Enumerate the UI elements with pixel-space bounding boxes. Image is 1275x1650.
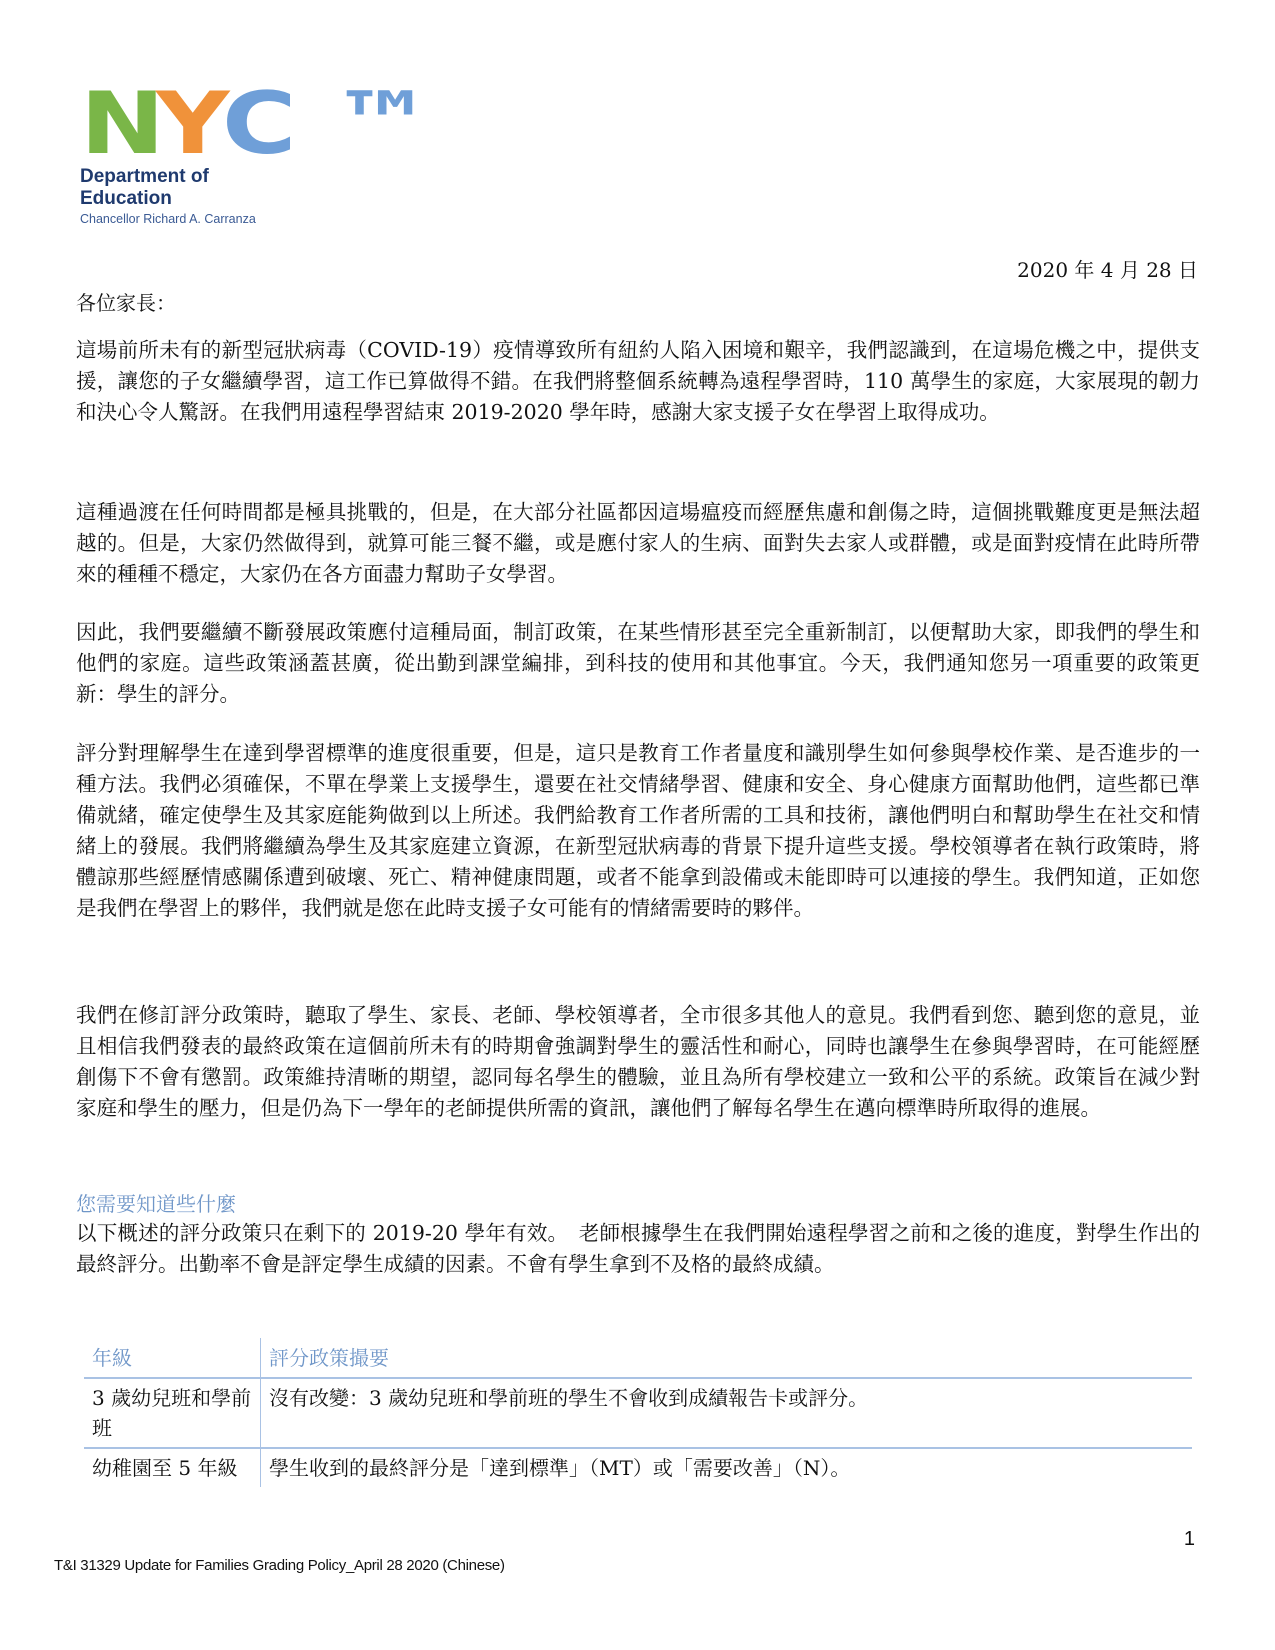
section-heading: 您需要知道些什麼: [76, 1188, 236, 1217]
grading-policy-table: 年級 評分政策撮要 3 歲幼兒班和學前班 沒有改變：3 歲幼兒班和學前班的學生不…: [84, 1338, 1192, 1487]
header-summary: 評分政策撮要: [261, 1338, 1193, 1378]
salutation: 各位家長：: [76, 287, 176, 316]
body-paragraph: 這種過渡在任何時間都是極具挑戰的，但是，在大部分社區都因這場瘟疫而經歷焦慮和創傷…: [76, 497, 1200, 590]
summary-cell: 學生收到的最終評分是「達到標準」（MT）或「需要改善」（N）。: [261, 1448, 1193, 1487]
nyc-doe-logo: N Y C ™ Department of Education Chancell…: [80, 88, 280, 226]
body-paragraph: 這場前所未有的新型冠狀病毒（COVID-19）疫情導致所有紐約人陷入困境和艱辛，…: [76, 335, 1200, 428]
document-footer: T&I 31329 Update for Families Grading Po…: [54, 1557, 505, 1574]
table-row: 幼稚園至 5 年級 學生收到的最終評分是「達到標準」（MT）或「需要改善」（N）…: [84, 1448, 1192, 1487]
logo-letter-n: N: [80, 88, 160, 160]
body-paragraph: 因此，我們要繼續不斷發展政策應付這種局面，制訂政策，在某些情形甚至完全重新制訂，…: [76, 617, 1200, 710]
logo-letter-c: C: [222, 88, 292, 160]
page-number: 1: [1184, 1528, 1195, 1551]
table-header-row: 年級 評分政策撮要: [84, 1338, 1192, 1378]
logo-letter-y: Y: [156, 88, 225, 160]
summary-cell: 沒有改變：3 歲幼兒班和學前班的學生不會收到成績報告卡或評分。: [261, 1378, 1193, 1448]
body-paragraph: 我們在修訂評分政策時，聽取了學生、家長、老師、學校領導者，全市很多其他人的意見。…: [76, 1000, 1200, 1124]
department-line-2: Education: [80, 188, 280, 210]
table-row: 3 歲幼兒班和學前班 沒有改變：3 歲幼兒班和學前班的學生不會收到成績報告卡或評…: [84, 1378, 1192, 1448]
trademark-mark: ™: [332, 88, 429, 160]
body-paragraph: 評分對理解學生在達到學習標準的進度很重要，但是，這只是教育工作者量度和識別學生如…: [76, 738, 1200, 924]
nyc-wordmark: N Y C ™: [80, 88, 280, 160]
letter-date: 2020 年 4 月 28 日: [1017, 254, 1198, 283]
section-paragraph: 以下概述的評分政策只在剩下的 2019-20 學年有效。 老師根據學生在我們開始…: [76, 1218, 1200, 1280]
grade-cell: 幼稚園至 5 年級: [84, 1448, 261, 1487]
chancellor-name: Chancellor Richard A. Carranza: [80, 212, 280, 226]
grade-cell: 3 歲幼兒班和學前班: [84, 1378, 261, 1448]
header-grade: 年級: [84, 1338, 261, 1378]
